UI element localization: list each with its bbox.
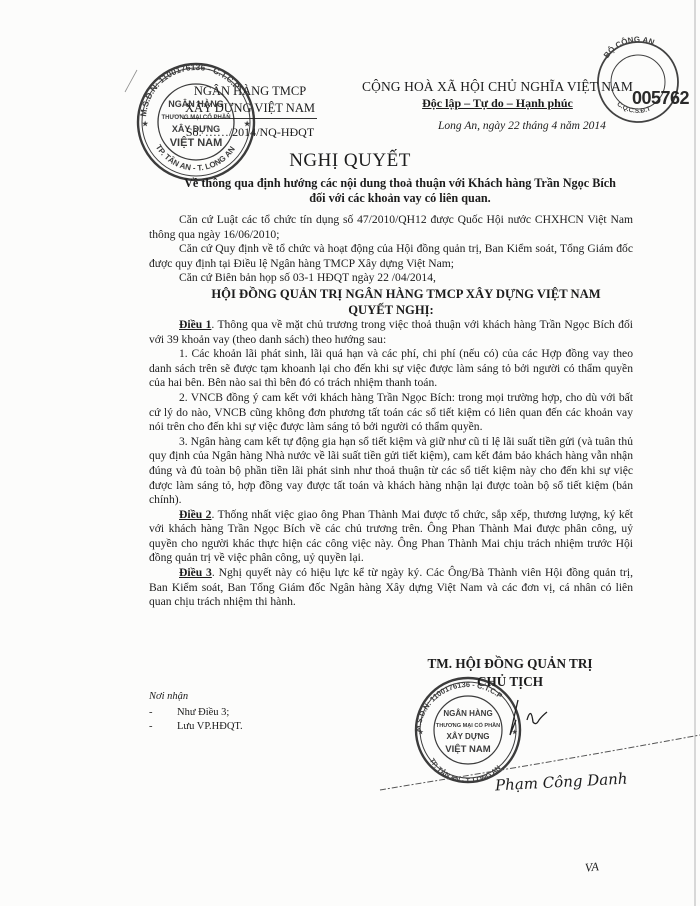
- legal-basis-1: Căn cứ Luật các tổ chức tín dụng số 47/2…: [149, 213, 633, 242]
- article-1-item-1: 1. Các khoản lãi phát sinh, lãi quá hạn …: [149, 347, 633, 391]
- article-1: Điều 1. Thông qua về mặt chủ trương tron…: [149, 318, 633, 347]
- initials: VA: [584, 859, 599, 875]
- svg-text:THƯƠNG MẠI CỔ PHẦN: THƯƠNG MẠI CỔ PHẦN: [436, 722, 500, 729]
- article-1-item-2: 2. VNCB đồng ý cam kết với khách hàng Tr…: [149, 391, 633, 435]
- svg-text:BỘ CÔNG AN: BỘ CÔNG AN: [602, 35, 656, 60]
- country-name: CỘNG HOÀ XÃ HỘI CHỦ NGHĨA VIỆT NAM: [340, 79, 655, 95]
- scan-edge: [694, 0, 696, 906]
- place-date: Long An, ngày 22 tháng 4 năm 2014: [438, 120, 606, 132]
- svg-text:NGÂN HÀNG: NGÂN HÀNG: [443, 709, 492, 718]
- article-1-label: Điều 1: [179, 318, 211, 331]
- svg-text:★: ★: [142, 120, 149, 128]
- issuer-name-line2: XÂY DỰNG VIỆT NAM: [183, 100, 317, 119]
- serial-number: 005762: [632, 88, 689, 109]
- svg-text:VIỆT NAM: VIỆT NAM: [445, 743, 490, 755]
- document-page: NGÂN HÀNG TMCP XÂY DỰNG VIỆT NAM Số: ……/…: [0, 0, 700, 906]
- legal-basis-2: Căn cứ Quy định về tổ chức và hoạt động …: [149, 242, 633, 271]
- pen-mark: [125, 70, 137, 92]
- document-body: Căn cứ Luật các tổ chức tín dụng số 47/2…: [149, 213, 633, 610]
- issuer-header: NGÂN HÀNG TMCP XÂY DỰNG VIỆT NAM Số: ……/…: [150, 83, 350, 141]
- recipients-list: Như Điều 3; Lưu VP.HĐQT.: [149, 706, 243, 734]
- council-line2: QUYẾT NGHỊ:: [348, 303, 434, 317]
- legal-basis-3: Căn cứ Biên bản họp số 03-1 HĐQT ngày 22…: [149, 271, 633, 286]
- bank-seal-signature: M.S.D.N: 1100176136 - C.T.C.P TP. TÂN AN…: [413, 678, 520, 785]
- document-subtitle: Về thông qua định hướng các nội dung tho…: [150, 176, 650, 206]
- subtitle-line1: Về thông qua định hướng các nội dung tho…: [150, 176, 650, 191]
- svg-text:★: ★: [512, 729, 518, 736]
- recipients-label: Nơi nhận: [149, 690, 243, 704]
- council-line1: HỘI ĐỒNG QUẢN TRỊ NGÂN HÀNG TMCP XÂY DỰN…: [211, 287, 600, 301]
- recipient-item: Lưu VP.HĐQT.: [149, 720, 243, 734]
- recipient-item: Như Điều 3;: [149, 706, 243, 720]
- council-heading: HỘI ĐỒNG QUẢN TRỊ NGÂN HÀNG TMCP XÂY DỰN…: [149, 286, 633, 318]
- article-3-text: . Nghị quyết này có hiệu lực kể từ ngày …: [149, 566, 633, 608]
- national-header: CỘNG HOÀ XÃ HỘI CHỦ NGHĨA VIỆT NAM Độc l…: [340, 79, 655, 111]
- subtitle-line2: đối với các khoản vay có liên quan.: [150, 191, 650, 206]
- svg-text:XÂY DỰNG: XÂY DỰNG: [447, 732, 490, 741]
- signer-position: CHỦ TỊCH: [400, 673, 620, 691]
- article-2-text: . Thống nhất việc giao ông Phan Thành Ma…: [149, 508, 633, 565]
- document-title: NGHỊ QUYẾT: [0, 150, 700, 172]
- document-reference: Số: ……/2014/NQ-HĐQT: [150, 124, 350, 141]
- recipients: Nơi nhận Như Điều 3; Lưu VP.HĐQT.: [149, 690, 243, 734]
- article-2: Điều 2. Thống nhất việc giao ông Phan Th…: [149, 508, 633, 566]
- svg-text:TP. TÂN AN - T. LONG AN: TP. TÂN AN - T. LONG AN: [428, 758, 503, 785]
- article-1-item-3: 3. Ngân hàng cam kết tự động gia hạn sổ …: [149, 435, 633, 508]
- article-1-text: . Thông qua về mặt chủ trương trong việc…: [149, 318, 633, 346]
- issuer-name-line1: NGÂN HÀNG TMCP: [150, 83, 350, 100]
- article-2-label: Điều 2: [179, 508, 211, 521]
- national-motto: Độc lập – Tự do – Hạnh phúc: [340, 96, 655, 111]
- on-behalf-label: TM. HỘI ĐỒNG QUẢN TRỊ: [400, 655, 620, 673]
- article-3: Điều 3. Nghị quyết này có hiệu lực kể từ…: [149, 566, 633, 610]
- signature-block: TM. HỘI ĐỒNG QUẢN TRỊ CHỦ TỊCH: [400, 655, 620, 691]
- svg-text:★: ★: [418, 729, 424, 736]
- signer-name: Phạm Công Danh: [495, 770, 628, 795]
- article-3-label: Điều 3: [179, 566, 212, 579]
